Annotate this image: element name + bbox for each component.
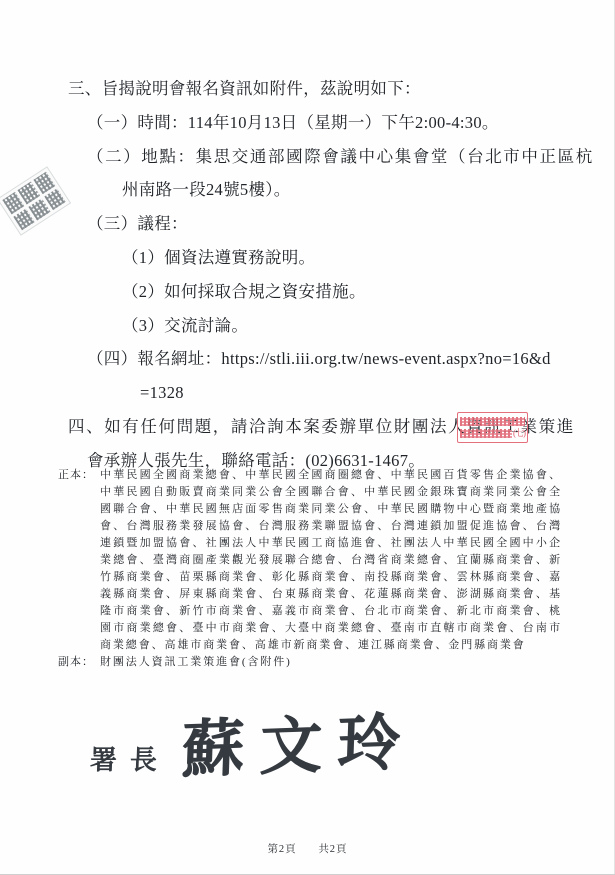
section-3-heading: 三、旨揭說明會報名資訊如附件，茲說明如下： — [68, 72, 562, 106]
primary-recipients-label: 正本： — [58, 467, 100, 654]
copy-recipients-list: 財團法人資訊工業策進會(含附件) — [100, 654, 562, 671]
handwritten-signature: 蘇文玲 — [181, 692, 418, 789]
item-3-agenda: （三）議程： — [68, 207, 562, 241]
tilted-agency-seal-stamp — [0, 168, 70, 235]
item-1-time: （一）時間：114年10月13日（星期一）下午2:00-4:30。 — [68, 106, 562, 140]
copy-recipients-row: 副本： 財團法人資訊工業策進會(含附件) — [58, 654, 562, 671]
page-footer: 第2頁 共2頁 — [0, 841, 615, 856]
stamp-text-row: (七) — [460, 428, 525, 439]
stamp-illegible-text — [460, 417, 525, 426]
red-registry-stamp: (七) — [457, 412, 528, 443]
agenda-point-3: （3）交流討論。 — [68, 309, 562, 343]
stamp-text-row — [460, 416, 525, 427]
scanned-official-letter-page: 三、旨揭說明會報名資訊如附件，茲說明如下： （一）時間：114年10月13日（星… — [0, 0, 615, 875]
item-4-registration-url: （四）報名網址：https://stli.iii.org.tw/news-eve… — [68, 342, 562, 376]
item-2-location: （二）地點：集思交通部國際會議中心集會堂（台北市中正區杭 — [68, 140, 562, 174]
primary-recipients-row: 正本： 中華民國全國商業總會、中華民國全國商圈總會、中華民國百貨零售企業協會、中… — [58, 467, 562, 654]
copy-recipients-label: 副本： — [58, 654, 100, 671]
stamp-illegible-text — [460, 429, 512, 438]
total-pages: 共2頁 — [318, 844, 347, 855]
agenda-point-1: （1）個資法遵實務說明。 — [68, 241, 562, 275]
signer-title: 署長 — [89, 738, 170, 777]
recipients-block: 正本： 中華民國全國商業總會、中華民國全國商圈總會、中華民國百貨零售企業協會、中… — [58, 467, 562, 671]
stamp-suffix-text: (七) — [513, 429, 525, 438]
agenda-point-2: （2）如何採取合規之資安措施。 — [68, 275, 562, 309]
item-2-location-cont: 州南路一段24號5樓）。 — [68, 173, 562, 207]
primary-recipients-list: 中華民國全國商業總會、中華民國全國商圈總會、中華民國百貨零售企業協會、中華民國自… — [100, 467, 562, 654]
registration-url-cont: =1328 — [68, 376, 562, 410]
page-number: 第2頁 — [267, 844, 296, 855]
